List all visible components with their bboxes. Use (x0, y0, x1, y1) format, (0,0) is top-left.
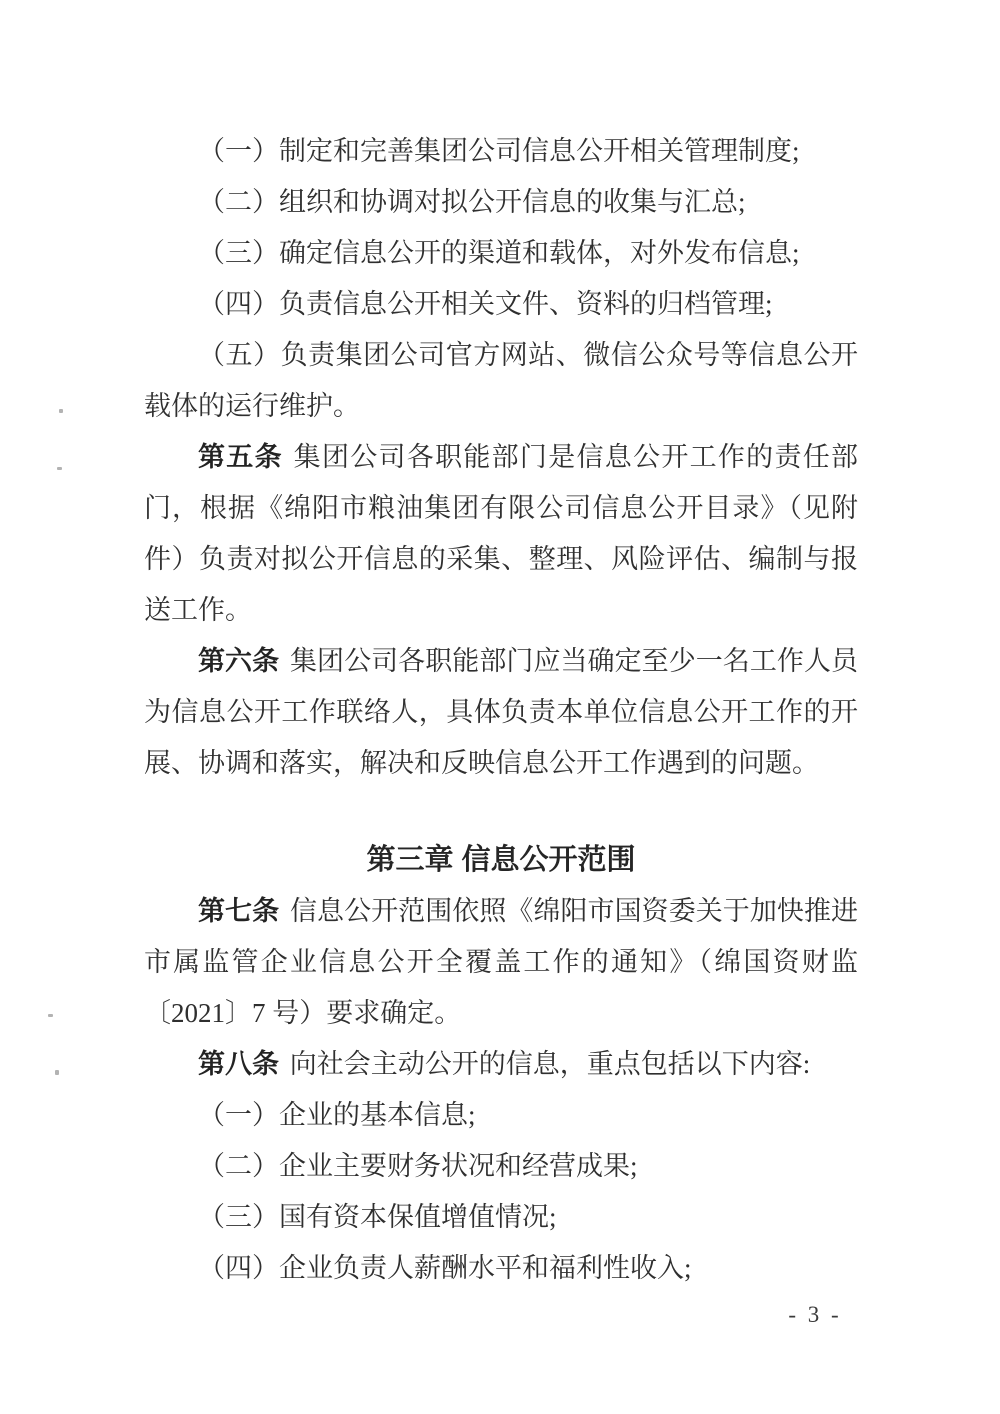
article-paragraph: 第六条集团公司各职能部门应当确定至少一名工作人员为信息公开工作联络人，具体负责本… (144, 636, 858, 789)
document-body: （一）制定和完善集团公司信息公开相关管理制度;（二）组织和协调对拟公开信息的收集… (144, 126, 858, 1294)
scan-artifact-speck (48, 1014, 53, 1017)
scan-artifact-speck (55, 1070, 59, 1075)
list-item-paragraph: （三）确定信息公开的渠道和载体，对外发布信息; (144, 228, 858, 279)
list-item-paragraph: （一）企业的基本信息; (144, 1090, 858, 1141)
list-item-paragraph: （二）企业主要财务状况和经营成果; (144, 1141, 858, 1192)
article-paragraph: 第八条向社会主动公开的信息，重点包括以下内容: (144, 1039, 858, 1090)
article-paragraph: 第七条信息公开范围依照《绵阳市国资委关于加快推进市属监管企业信息公开全覆盖工作的… (144, 886, 858, 1039)
article-number: 第五条 (198, 442, 283, 472)
list-item-paragraph: （二）组织和协调对拟公开信息的收集与汇总; (144, 177, 858, 228)
list-item-paragraph: （一）制定和完善集团公司信息公开相关管理制度; (144, 126, 858, 177)
chapter-heading: 第三章 信息公开范围 (144, 835, 858, 886)
scan-artifact-speck (59, 409, 63, 413)
article-number: 第七条 (198, 896, 279, 926)
article-paragraph: 第五条集团公司各职能部门是信息公开工作的责任部门，根据《绵阳市粮油集团有限公司信… (144, 432, 858, 636)
article-number: 第八条 (198, 1049, 279, 1079)
scan-artifact-speck (57, 467, 62, 470)
list-item-paragraph: （三）国有资本保值增值情况; (144, 1192, 858, 1243)
list-item-paragraph: （四）企业负责人薪酬水平和福利性收入; (144, 1243, 858, 1294)
page-number: - 3 - (770, 1302, 860, 1328)
list-item-paragraph: （四）负责信息公开相关文件、资料的归档管理; (144, 279, 858, 330)
article-number: 第六条 (198, 646, 279, 676)
document-page: （一）制定和完善集团公司信息公开相关管理制度;（二）组织和协调对拟公开信息的收集… (0, 0, 1000, 1414)
list-item-paragraph: （五）负责集团公司官方网站、微信公众号等信息公开载体的运行维护。 (144, 330, 858, 432)
